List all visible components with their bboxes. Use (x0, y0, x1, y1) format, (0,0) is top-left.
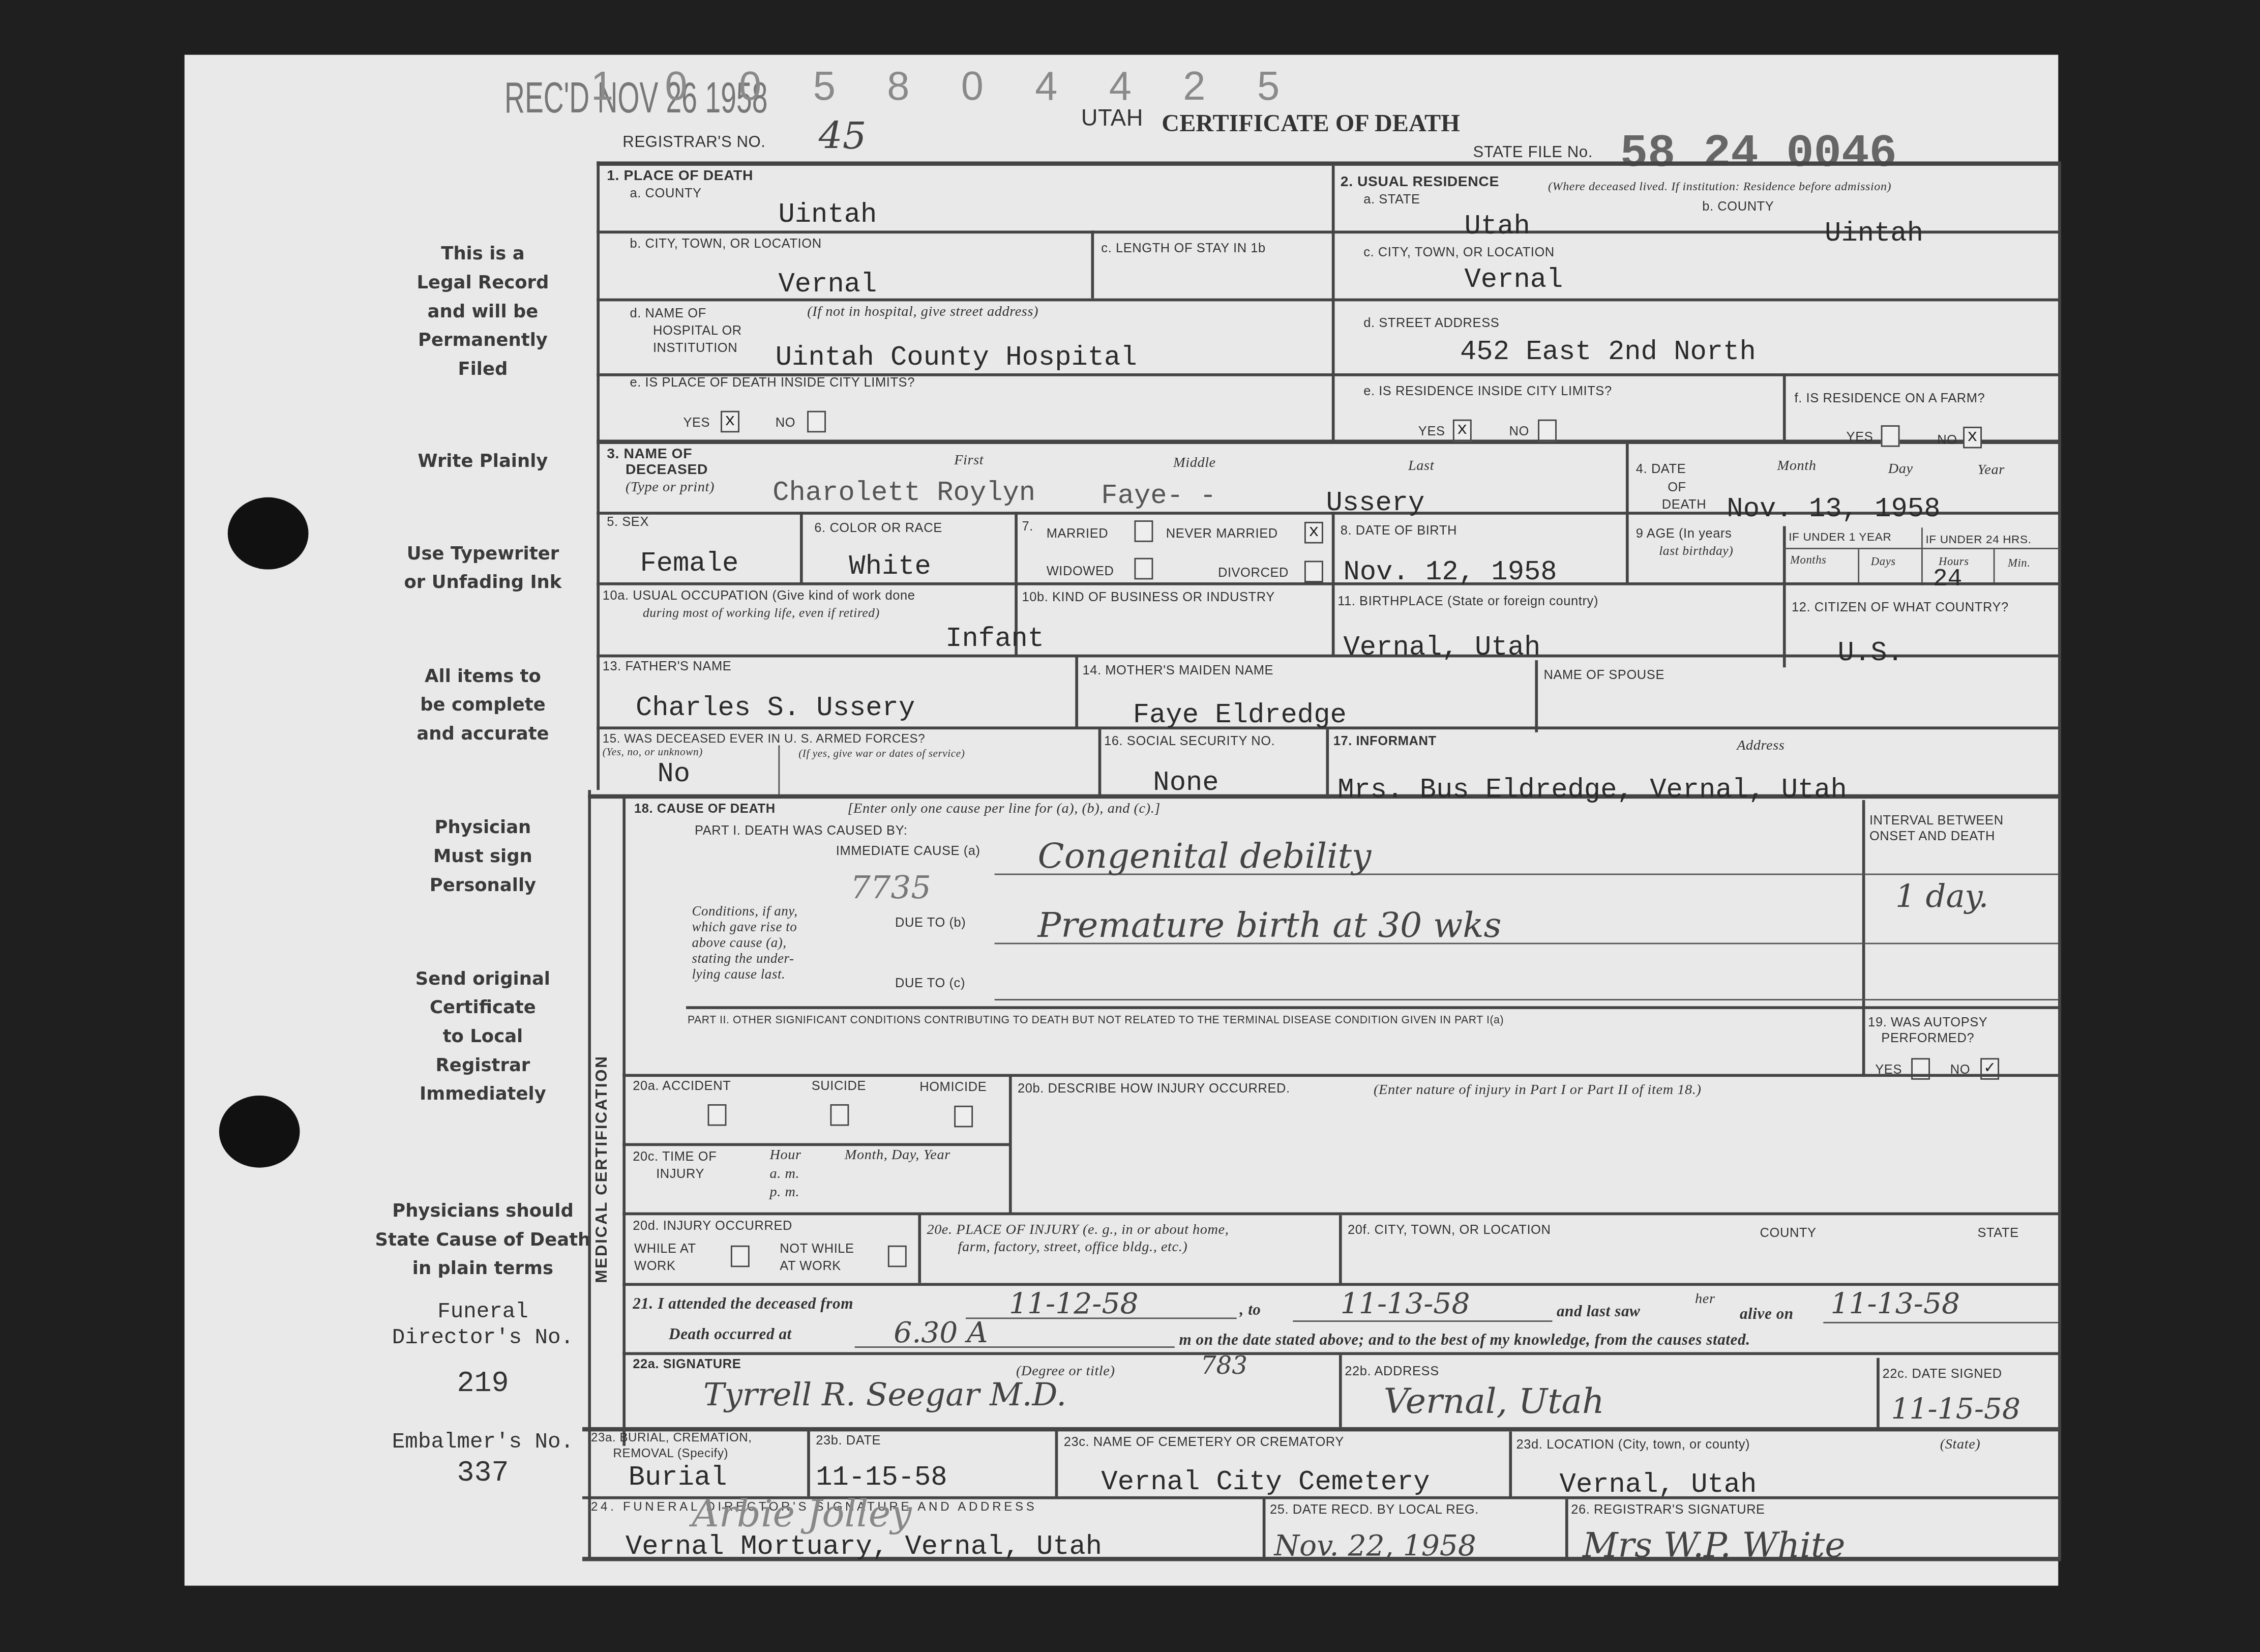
hospital-label-1: d. NAME OF (630, 306, 706, 320)
cemetery-label: 23c. NAME OF CEMETERY OR CREMATORY (1064, 1434, 1344, 1449)
age-divider-2 (1921, 527, 1923, 585)
divider-22b-22c (1877, 1358, 1880, 1427)
death-time[interactable]: 6.30 A (894, 1315, 988, 1349)
note-complete: All items to be complete and accurate (375, 662, 591, 748)
row-1e-bottom (597, 439, 2061, 444)
physician-address-label: 22b. ADDRESS (1345, 1364, 1439, 1378)
res-farm-yes-label: YES (1847, 430, 1874, 444)
age-divider-3 (1994, 548, 1995, 584)
injury-state-label: STATE (1978, 1225, 2019, 1240)
length-of-stay-label: c. LENGTH OF STAY IN 1b (1101, 241, 1265, 255)
dob-label: 8. DATE OF BIRTH (1341, 523, 1457, 538)
death-county[interactable]: Uintah (778, 199, 877, 230)
disposition[interactable]: Burial (629, 1462, 727, 1493)
row-5-bottom (597, 582, 2061, 585)
funeral-director-signature[interactable]: Arbie Jolley (692, 1493, 912, 1537)
funeral-director-no-label: Funeral Director's No. (346, 1300, 619, 1352)
registrar-signature[interactable]: Mrs W.P. White (1583, 1525, 1846, 1566)
note-write-plainly: Write Plainly (375, 447, 591, 476)
injury-describe-hint: (Enter nature of injury in Part I or Par… (1374, 1082, 1702, 1098)
death-inside-city-no-label: NO (776, 415, 795, 429)
hospital-hint: (If not in hospital, give street address… (807, 304, 1038, 320)
not-while-at-work-checkbox[interactable] (888, 1246, 907, 1267)
signature-label: 22a. SIGNATURE (633, 1356, 741, 1371)
form-border-left (597, 161, 600, 790)
degree-label: (Degree or title) (1016, 1364, 1115, 1379)
alive-on-label: alive on (1740, 1306, 1794, 1323)
divider-23b-23c (1055, 1430, 1058, 1496)
dod-year-label: Year (1978, 463, 2005, 479)
informant-address-label: Address (1737, 738, 1785, 754)
note-physician-sign: Physician Must sign Personally (375, 813, 591, 899)
time-injury-label: 20c. TIME OF INJURY (633, 1147, 717, 1182)
ssn-label: 16. SOCIAL SECURITY NO. (1104, 734, 1275, 748)
divider-13-14 (1075, 656, 1078, 728)
divider-24-25 (1263, 1498, 1266, 1558)
death-inside-city-yes-checkbox[interactable]: x (721, 411, 739, 433)
age-hours[interactable]: 24 (1933, 567, 1962, 594)
document-scan: REC'D NOV 26 1958 1 0 0 5 8 0 4 4 2 5 RE… (0, 0, 2260, 1652)
death-county-label: a. COUNTY (630, 186, 702, 200)
dod-label-2: OF (1668, 480, 1686, 494)
divider-23a-23b (807, 1430, 810, 1496)
attended-to[interactable]: 11-13-58 (1341, 1286, 1470, 1320)
usual-residence-hint: (Where deceased lived. If institution: R… (1548, 179, 1891, 193)
date-of-death[interactable]: Nov. 13, 1958 (1727, 493, 1940, 524)
divider-interval (1862, 800, 1865, 1077)
while-at-work-checkbox[interactable] (731, 1246, 750, 1267)
occupation[interactable]: Infant (945, 623, 1044, 654)
attended-from[interactable]: 11-12-58 (1009, 1286, 1139, 1320)
death-occurred-tail: m on the date stated above; and to the b… (1179, 1332, 1750, 1349)
father-name[interactable]: Charles S. Ussery (636, 692, 915, 723)
injury-describe-label: 20b. DESCRIBE HOW INJURY OCCURRED. (1018, 1081, 1290, 1096)
race-label: 6. COLOR OR RACE (814, 520, 942, 535)
res-city-label: c. CITY, TOWN, OR LOCATION (1363, 245, 1555, 259)
father-label: 13. FATHER'S NAME (603, 659, 732, 673)
res-farm-yes-checkbox[interactable] (1881, 425, 1900, 447)
immediate-cause-label: IMMEDIATE CAUSE (a) (836, 843, 980, 858)
age-days-label: Days (1871, 555, 1896, 568)
embalmer-no-label: Embalmer's No. (346, 1430, 619, 1456)
to-label: , to (1239, 1302, 1261, 1319)
dod-label-3: DEATH (1662, 497, 1706, 512)
part1-label: PART I. DEATH WAS CAUSED BY: (695, 823, 907, 837)
funeral-director[interactable]: Vernal Mortuary, Vernal, Utah (626, 1531, 1102, 1562)
res-inside-city-yes-checkbox[interactable]: x (1453, 420, 1472, 441)
birthplace-label: 11. BIRTHPLACE (State or foreign country… (1337, 594, 1598, 608)
dod-label-1: 4. DATE (1636, 461, 1686, 476)
divider-14-spouse (1535, 660, 1538, 732)
divider-20e-20f (1339, 1215, 1342, 1284)
hospital-label-2: HOSPITAL OR (653, 323, 742, 337)
place-of-death-label: 1. PLACE OF DEATH (607, 169, 753, 185)
place-injury-label: 20e. PLACE OF INJURY (e. g., in or about… (927, 1222, 1229, 1257)
document-title: CERTIFICATE OF DEATH (1162, 109, 1460, 138)
sex[interactable]: Female (640, 548, 738, 579)
business-label: 10b. KIND OF BUSINESS OR INDUSTRY (1022, 589, 1274, 604)
res-farm-no-checkbox[interactable]: x (1963, 427, 1982, 449)
serial-number: 1 0 0 5 8 0 4 4 2 5 (591, 64, 1300, 110)
sex-label: 5. SEX (607, 515, 649, 529)
divorced-checkbox[interactable] (1304, 561, 1323, 583)
due-to-c-label: DUE TO (c) (895, 976, 965, 990)
row-20a-bottom (622, 1143, 1009, 1146)
age-label-1: 9 AGE (In years (1636, 526, 1732, 540)
divider-15a-15b (778, 745, 780, 795)
interval[interactable]: 1 day. (1895, 879, 1988, 916)
res-farm-no-label: NO (1937, 432, 1957, 447)
date-signed[interactable]: 11-15-58 (1891, 1391, 2020, 1426)
dod-day-label: Day (1888, 461, 1913, 477)
divider-25-26 (1565, 1499, 1568, 1560)
while-at-work-label: WHILE AT WORK (634, 1240, 696, 1274)
married-checkbox[interactable] (1135, 520, 1153, 542)
divider-1b-1c (1091, 230, 1094, 298)
accident-label: 20a. ACCIDENT (633, 1078, 731, 1093)
autopsy-label: 19. WAS AUTOPSY PERFORMED? (1868, 1015, 1987, 1046)
part2-label: PART II. OTHER SIGNIFICANT CONDITIONS CO… (688, 1013, 1504, 1026)
res-city[interactable]: Vernal (1465, 264, 1563, 296)
hour-label: Hour a. m. p. m. (769, 1146, 801, 1202)
dod-month-label: Month (1777, 458, 1817, 474)
burial-date[interactable]: 11-15-58 (816, 1462, 947, 1493)
row-part2-bottom (622, 1074, 2061, 1077)
form-border-top (597, 161, 2061, 166)
hospital-name[interactable]: Uintah County Hospital (776, 342, 1137, 373)
armed-forces-hint-2: (If yes, give war or dates of service) (798, 747, 965, 760)
ssn[interactable]: None (1153, 767, 1218, 799)
conditions-hint: Conditions, if any, which gave rise to a… (692, 905, 797, 985)
age-min-label: Min. (2008, 556, 2030, 570)
hospital-label-3: INSTITUTION (653, 340, 737, 355)
divider-22a-22b (1339, 1355, 1342, 1427)
last-name[interactable]: Ussery (1326, 487, 1424, 519)
divider-3-4 (1626, 444, 1629, 513)
res-street-label: d. STREET ADDRESS (1363, 316, 1499, 330)
cemetery[interactable]: Vernal City Cemetery (1101, 1466, 1430, 1497)
death-inside-city-no-checkbox[interactable] (807, 411, 826, 433)
date-recd[interactable]: Nov. 22, 1958 (1274, 1528, 1476, 1562)
age-months-label: Months (1790, 553, 1826, 567)
age-label-2: last birthday) (1659, 543, 1733, 557)
date-recd-label: 25. DATE RECD. BY LOCAL REG. (1270, 1502, 1479, 1516)
cause-of-death-hint: [Enter only one cause per line for (a), … (848, 802, 1161, 817)
name-label-3: (Type or print) (626, 480, 715, 496)
res-inside-city-no-checkbox[interactable] (1538, 420, 1557, 441)
armed-forces[interactable]: No (657, 758, 690, 790)
under-1yr-label: IF UNDER 1 YEAR (1789, 530, 1891, 544)
physician-signature[interactable]: Tyrrell R. Seegar M.D. (703, 1378, 1066, 1414)
married-label: MARRIED (1047, 526, 1109, 540)
usual-residence-label: 2. USUAL RESIDENCE (1341, 174, 1499, 190)
physician-address[interactable]: Vernal, Utah (1384, 1381, 1604, 1421)
armed-forces-hint-1: (Yes, no, or unknown) (603, 745, 703, 758)
birthplace[interactable]: Vernal, Utah (1343, 631, 1540, 663)
mdy-label: Month, Day, Year (845, 1147, 950, 1163)
res-state-label: a. STATE (1363, 192, 1420, 206)
punch-hole-bottom (219, 1096, 300, 1168)
punch-hole-top (228, 497, 309, 570)
due-to-c-line (995, 999, 2059, 1000)
divider-23c-23d (1509, 1431, 1512, 1497)
informant-label: 17. INFORMANT (1333, 734, 1437, 748)
never-married-label: NEVER MARRIED (1166, 526, 1278, 540)
res-county[interactable]: Uintah (1825, 218, 1923, 249)
location-state-label: (State) (1940, 1437, 1981, 1453)
armed-forces-label: 15. WAS DECEASED EVER IN U. S. ARMED FOR… (603, 731, 926, 745)
title-prefix: UTAH (1081, 107, 1143, 133)
accident-checkbox[interactable] (708, 1104, 727, 1126)
burial-date-label: 23b. DATE (816, 1433, 881, 1447)
injury-city-label: 20f. CITY, TOWN, OR LOCATION (1348, 1222, 1551, 1236)
medical-inner-border (622, 797, 626, 1445)
death-city-label: b. CITY, TOWN, OR LOCATION (630, 237, 822, 251)
last-name-label: Last (1408, 458, 1434, 474)
divider-20a-20b (1009, 1075, 1012, 1214)
res-inside-city-yes-label: YES (1418, 424, 1445, 438)
immediate-cause[interactable]: Congenital debility (1038, 836, 1372, 876)
her-label: her (1695, 1291, 1715, 1307)
name-label-2: DECEASED (626, 463, 708, 479)
first-name-label: First (954, 453, 984, 468)
widowed-label: WIDOWED (1047, 564, 1114, 578)
divider-1-2 (1332, 166, 1335, 442)
disposition-label: 23a. BURIAL, CREMATION, REMOVAL (Specify… (591, 1430, 752, 1462)
registrars-no: 45 (819, 115, 867, 159)
citizen-label: 12. CITIZEN OF WHAT COUNTRY? (1792, 600, 2009, 614)
res-county-label: b. COUNTY (1702, 199, 1774, 213)
funeral-director-no: 219 (346, 1372, 619, 1398)
note-send-original: Send original Certificate to Local Regis… (375, 964, 591, 1108)
informant[interactable]: Mrs. Bus Eldredge, Vernal, Utah (1337, 774, 1847, 806)
injury-county-label: COUNTY (1760, 1225, 1817, 1240)
last-saw-label: and last saw (1557, 1303, 1640, 1320)
death-inside-city-yes-label: YES (683, 415, 710, 429)
due-to-b-label: DUE TO (b) (895, 916, 966, 930)
suicide-label: SUICIDE (812, 1078, 866, 1093)
divider-20d-20e (918, 1214, 921, 1283)
under-24hr-label: IF UNDER 24 HRS. (1925, 534, 2031, 547)
mother-name[interactable]: Faye Eldredge (1133, 699, 1347, 731)
location-label: 23d. LOCATION (City, town, or county) (1516, 1437, 1750, 1452)
medical-certification-label: MEDICAL CERTIFICATION (594, 1055, 611, 1283)
embalmer-no: 337 (346, 1462, 619, 1488)
marital-label: 7. (1022, 519, 1033, 533)
note-plain-terms: Physicians should State Cause of Death i… (368, 1196, 598, 1283)
physician-number: 783 (1201, 1352, 1247, 1381)
state-file-no-label: STATE FILE No. (1473, 144, 1593, 161)
cause-of-death-label: 18. CAUSE OF DEATH (634, 802, 776, 816)
death-city[interactable]: Vernal (778, 268, 877, 300)
attended-label: 21. I attended the deceased from (633, 1296, 853, 1313)
res-inside-city-label: e. IS RESIDENCE INSIDE CITY LIMITS? (1363, 383, 1612, 398)
registrars-no-label: REGISTRAR'S NO. (622, 134, 765, 152)
homicide-checkbox[interactable] (954, 1106, 973, 1128)
never-married-checkbox[interactable]: x (1304, 522, 1323, 544)
res-state[interactable]: Utah (1465, 211, 1530, 242)
date-of-birth[interactable]: Nov. 12, 1958 (1343, 556, 1557, 588)
death-inside-city-label: e. IS PLACE OF DEATH INSIDE CITY LIMITS? (630, 375, 915, 389)
date-signed-label: 22c. DATE SIGNED (1882, 1367, 2002, 1381)
mother-label: 14. MOTHER'S MAIDEN NAME (1082, 663, 1273, 677)
death-occurred-label: Death occurred at (669, 1326, 792, 1343)
interval-label: INTERVAL BETWEEN ONSET AND DEATH (1869, 813, 2004, 844)
divider-16-17 (1326, 729, 1329, 799)
state-file-no: 58 24 0046 (1620, 127, 1897, 180)
citizen[interactable]: U.S. (1838, 637, 1904, 669)
note-typewriter: Use Typewriter or Unfading Ink (375, 539, 591, 597)
middle-name-label: Middle (1173, 456, 1216, 471)
age-divider-1 (1858, 548, 1859, 584)
last-saw-line (1823, 1322, 2058, 1323)
first-name[interactable]: Charolett Roylyn (772, 477, 1035, 509)
occupation-label-1: 10a. USUAL OCCUPATION (Give kind of work… (603, 588, 915, 602)
divorced-label: DIVORCED (1218, 565, 1289, 579)
widowed-checkbox[interactable] (1135, 558, 1153, 580)
injury-occurred-label: 20d. INJURY OCCURRED (633, 1218, 792, 1232)
divider-8-9 (1626, 512, 1629, 584)
note-legal-record: This is a Legal Record and will be Perma… (375, 239, 591, 383)
race[interactable]: White (849, 551, 931, 582)
row-22-bottom (582, 1427, 2061, 1432)
middle-name[interactable]: Faye- - (1101, 480, 1216, 512)
divider-15-16 (1098, 728, 1102, 797)
res-farm-label: f. IS RESIDENCE ON A FARM? (1795, 391, 1985, 405)
occupation-label-2: during most of working life, even if ret… (643, 605, 880, 619)
homicide-label: HOMICIDE (919, 1080, 987, 1094)
spouse-label: NAME OF SPOUSE (1543, 667, 1664, 682)
due-to-b[interactable]: Premature birth at 30 wks (1038, 905, 1502, 946)
name-label-1: 3. NAME OF (607, 447, 692, 463)
divider-5-6 (800, 512, 803, 584)
res-street[interactable]: 452 East 2nd North (1460, 336, 1756, 367)
last-saw-date[interactable]: 11-13-58 (1830, 1286, 1960, 1320)
attended-to-line (1293, 1320, 1552, 1322)
cause-code: 7735 (850, 871, 931, 907)
registrar-sig-label: 26. REGISTRAR'S SIGNATURE (1571, 1502, 1765, 1516)
not-while-at-work-label: NOT WHILE AT WORK (780, 1240, 854, 1274)
res-inside-city-no-label: NO (1509, 424, 1529, 438)
row-part1-bottom (686, 1006, 2061, 1009)
divider-2e-2f (1783, 373, 1786, 442)
suicide-checkbox[interactable] (830, 1104, 849, 1126)
